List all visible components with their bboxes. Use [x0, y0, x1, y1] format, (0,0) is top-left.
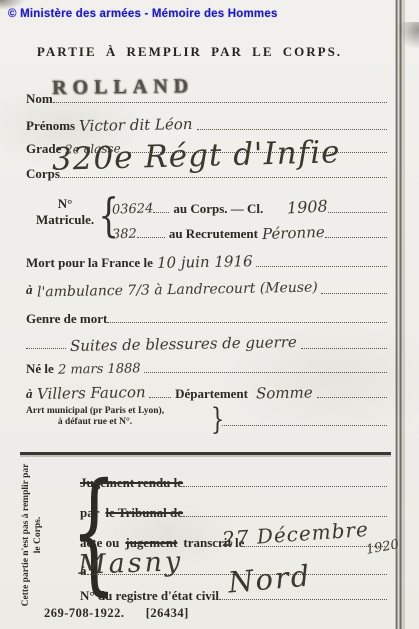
corps-value: 320e Régt d'Infie: [52, 134, 341, 178]
naissance-date: 2 mars 1888: [54, 361, 145, 378]
mort-lieu-label: à: [26, 282, 33, 298]
matricule-recrutement-number: 382: [112, 227, 137, 243]
genre-value: Suites de blessures de guerre: [66, 333, 301, 355]
prenoms-value: Victor dit Léon: [75, 115, 197, 135]
dotted-leader: [26, 334, 66, 349]
registre-departement-value: Nord: [227, 558, 313, 599]
naissance-lieu-row: à Villers Faucon Département Somme: [26, 383, 387, 401]
mort-lieu-value: l'ambulance 7/3 à Landrecourt (Meuse): [32, 279, 321, 300]
naissance-row: Né le 2 mars 1888: [26, 358, 387, 376]
dotted-leader: [197, 115, 387, 130]
dotted-leader: [137, 223, 165, 238]
transcription-lieu-value: Masny: [77, 546, 183, 581]
jugement-label-struck: Jugement rendu le: [80, 475, 183, 491]
dotted-leader: [325, 223, 387, 238]
recrutement-place: Péronne: [262, 223, 325, 243]
departement-label: Département: [171, 386, 252, 402]
dotted-leader: [149, 383, 171, 398]
arrondissement-label: Arrt municipal (pr Paris et Lyon), à déf…: [26, 406, 164, 428]
naissance-label: Né le: [26, 361, 54, 377]
matricule-label: N° Matricule.: [36, 196, 94, 228]
dotted-leader: [317, 383, 387, 398]
dotted-leader: [301, 334, 387, 349]
tribunal-label-struck: le Tribunal de: [106, 505, 184, 521]
mort-lieu-row: à l'ambulance 7/3 à Landrecourt (Meuse): [26, 279, 387, 297]
sidebar-note: Cette partie n'est pas à remplir par le …: [20, 460, 60, 610]
tribunal-row: par le Tribunal de: [80, 502, 387, 520]
matricule-label-line2: Matricule.: [36, 212, 94, 228]
dotted-leader: [328, 198, 387, 213]
mort-row: Mort pour la France le 10 juin 1916: [26, 252, 387, 270]
matricule-recrutement-row: 382 au Recrutement Péronne: [112, 223, 387, 241]
print-reference-number: 269-708-1922.: [44, 606, 124, 620]
death-record-card: © Ministère des armées - Mémoire des Hom…: [0, 0, 419, 629]
matricule-corps-suffix: au Corps. — Cl.: [169, 201, 267, 217]
genre-label: Genre de mort: [26, 311, 107, 327]
recrutement-label: au Recrutement: [165, 226, 262, 242]
registre-label: N° du registre d'état civil: [80, 588, 219, 604]
dotted-leader: [222, 411, 387, 426]
matricule-label-line1: N°: [36, 196, 94, 212]
nom-stamp-value: ROLLAND: [52, 75, 194, 100]
nom-label: Nom: [26, 91, 53, 107]
dotted-leader: [144, 358, 387, 373]
page-binding-edge: [395, 0, 405, 629]
genre-value-row: Suites de blessures de guerre: [26, 334, 387, 352]
dotted-leader: [183, 502, 387, 517]
tribunal-prefix: par: [80, 505, 100, 521]
jugement-row: Jugement rendu le: [80, 472, 387, 490]
prenoms-label: Prénoms: [26, 118, 75, 134]
classe-value: 1908: [267, 196, 329, 218]
dotted-leader: [321, 279, 387, 294]
naissance-lieu-value: Villers Faucon: [32, 383, 149, 403]
mort-date: 10 juin 1916: [153, 252, 257, 272]
departement-value: Somme: [252, 383, 317, 402]
arrondissement-label-line1: Arrt municipal (pr Paris et Lyon),: [26, 406, 164, 417]
dotted-leader: [153, 198, 169, 213]
arrondissement-label-line2: à défaut rue et N°.: [26, 417, 164, 428]
dotted-leader: [183, 472, 387, 487]
copyright-watermark: © Ministère des armées - Mémoire des Hom…: [8, 8, 278, 20]
mort-label: Mort pour la France le: [26, 255, 153, 271]
matricule-corps-number: 03624: [112, 201, 154, 217]
print-reference: 269-708-1922. [26434]: [44, 606, 189, 621]
prenoms-row: Prénoms Victor dit Léon: [26, 115, 387, 133]
document-title: PARTIE À REMPLIR PAR LE CORPS.: [0, 44, 379, 60]
print-bracket-number: [26434]: [146, 606, 189, 620]
naissance-lieu-label: à: [26, 386, 33, 402]
genre-row: Genre de mort: [26, 308, 387, 326]
dotted-leader: [256, 252, 387, 267]
arrondissement-value-row: [222, 411, 387, 429]
dotted-leader: [107, 308, 387, 323]
matricule-corps-row: 03624 au Corps. — Cl. 1908: [112, 198, 387, 216]
